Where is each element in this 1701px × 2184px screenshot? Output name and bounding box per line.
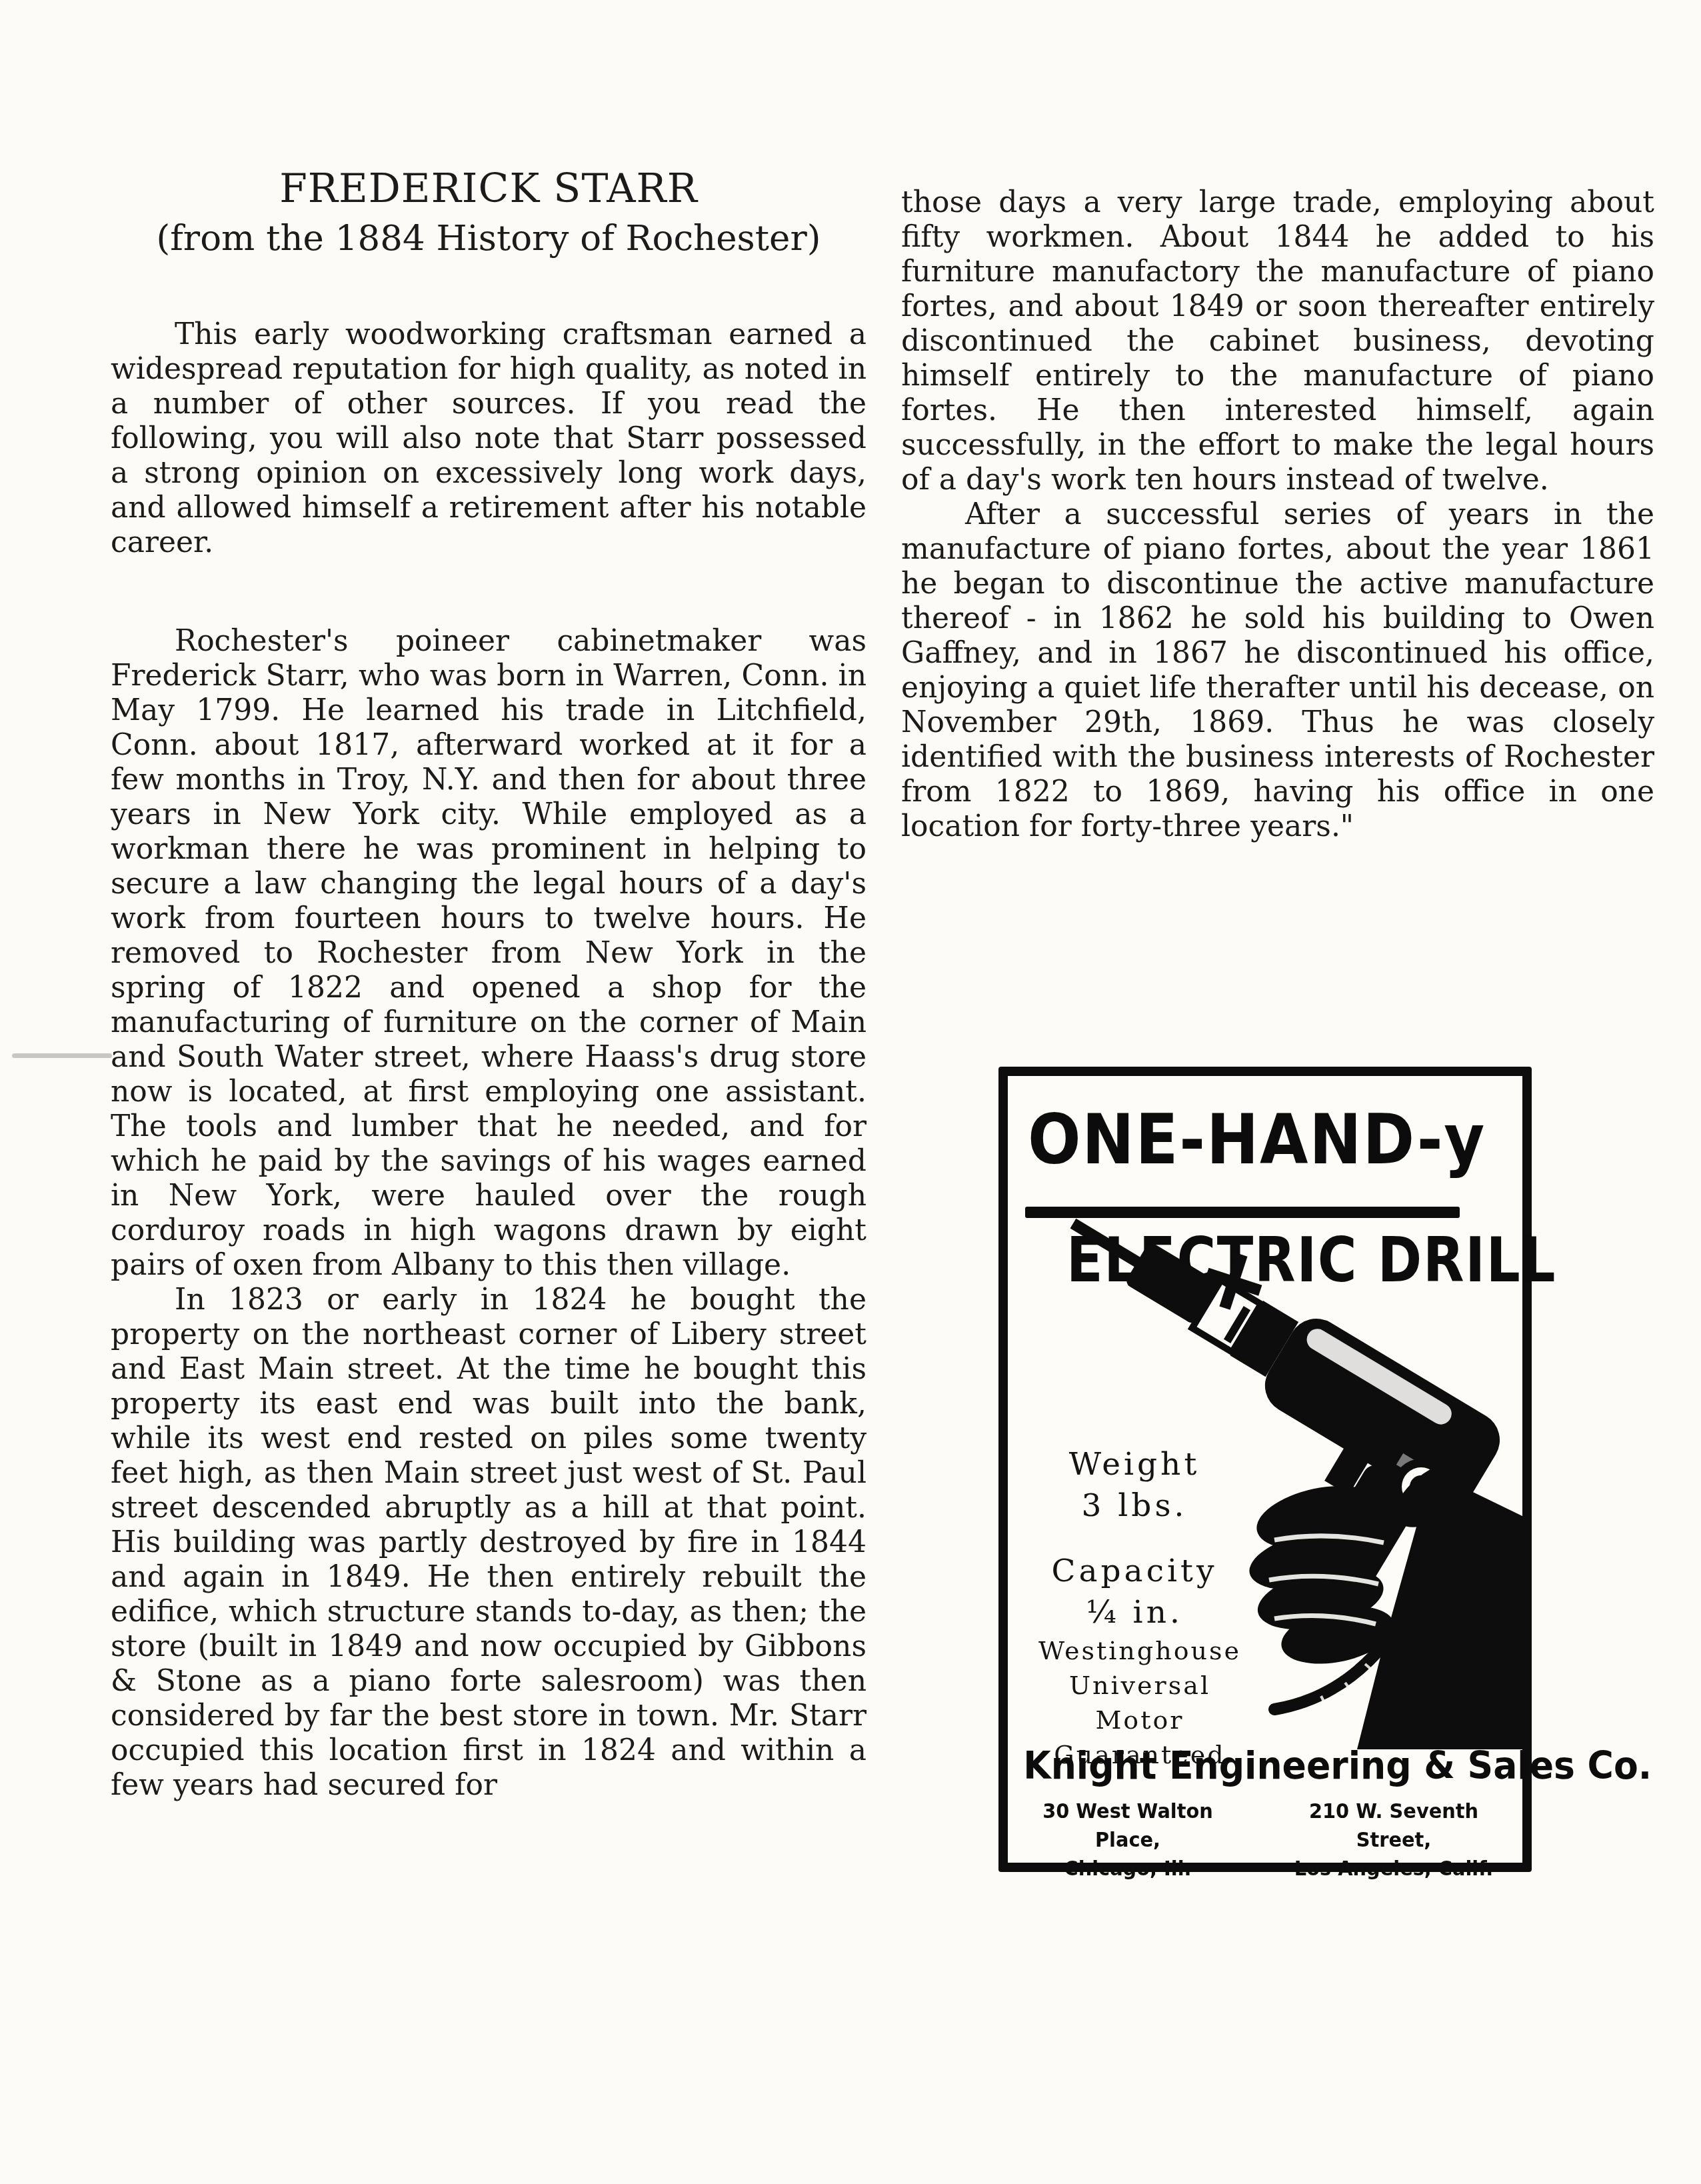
ad-company-name: Knight Engineering & Sales Co. <box>1023 1744 1507 1788</box>
scanned-page: FREDERICK STARR (from the 1884 History o… <box>0 0 1701 2184</box>
motor-line: Westinghouse <box>1020 1633 1260 1668</box>
ad-content: ONE-HAND-y ELECTRIC DRILL <box>1008 1076 1522 1863</box>
article-left-column: FREDERICK STARR (from the 1884 History o… <box>111 167 866 1803</box>
paragraph-intro: This early woodworking craftsman earned … <box>111 317 866 560</box>
paragraph-biography-3: those days a very large trade, employing… <box>901 185 1654 497</box>
spec-weight: Weight 3 lbs. <box>1041 1444 1228 1527</box>
spec-weight-label: Weight <box>1041 1444 1228 1485</box>
spec-capacity-value: ¼ in. <box>1034 1592 1234 1633</box>
electric-drill-ad: ONE-HAND-y ELECTRIC DRILL <box>998 1067 1532 1872</box>
spec-weight-value: 3 lbs. <box>1041 1485 1228 1527</box>
article-subtitle: (from the 1884 History of Rochester) <box>111 219 866 259</box>
motor-line: Universal Motor <box>1020 1668 1260 1737</box>
ad-address-chicago: 30 West Walton Place, Chicago, Ill. <box>1022 1797 1233 1883</box>
article-title: FREDERICK STARR <box>111 167 866 211</box>
article-right-column: those days a very large trade, employing… <box>901 185 1654 844</box>
paragraph-biography-2: In 1823 or early in 1824 he bought the p… <box>111 1283 866 1803</box>
ad-address-los-angeles: 210 W. Seventh Street, Los Angeles, Cali… <box>1280 1797 1507 1883</box>
spec-capacity-label: Capacity <box>1034 1551 1234 1592</box>
paragraph-biography-1: Rochester's poineer cabinetmaker was Fre… <box>111 624 866 1283</box>
address-line: 30 West Walton Place, <box>1022 1797 1233 1855</box>
paragraph-biography-4: After a successful series of years in th… <box>901 497 1654 844</box>
address-line: Los Angeles, Calif. <box>1280 1855 1507 1883</box>
spec-capacity: Capacity ¼ in. <box>1034 1551 1234 1633</box>
address-line: Chicago, Ill. <box>1022 1855 1233 1883</box>
address-line: 210 W. Seventh Street, <box>1280 1797 1507 1855</box>
ad-headline-top: ONE-HAND-y <box>1028 1103 1486 1176</box>
scan-artifact <box>12 1053 112 1058</box>
